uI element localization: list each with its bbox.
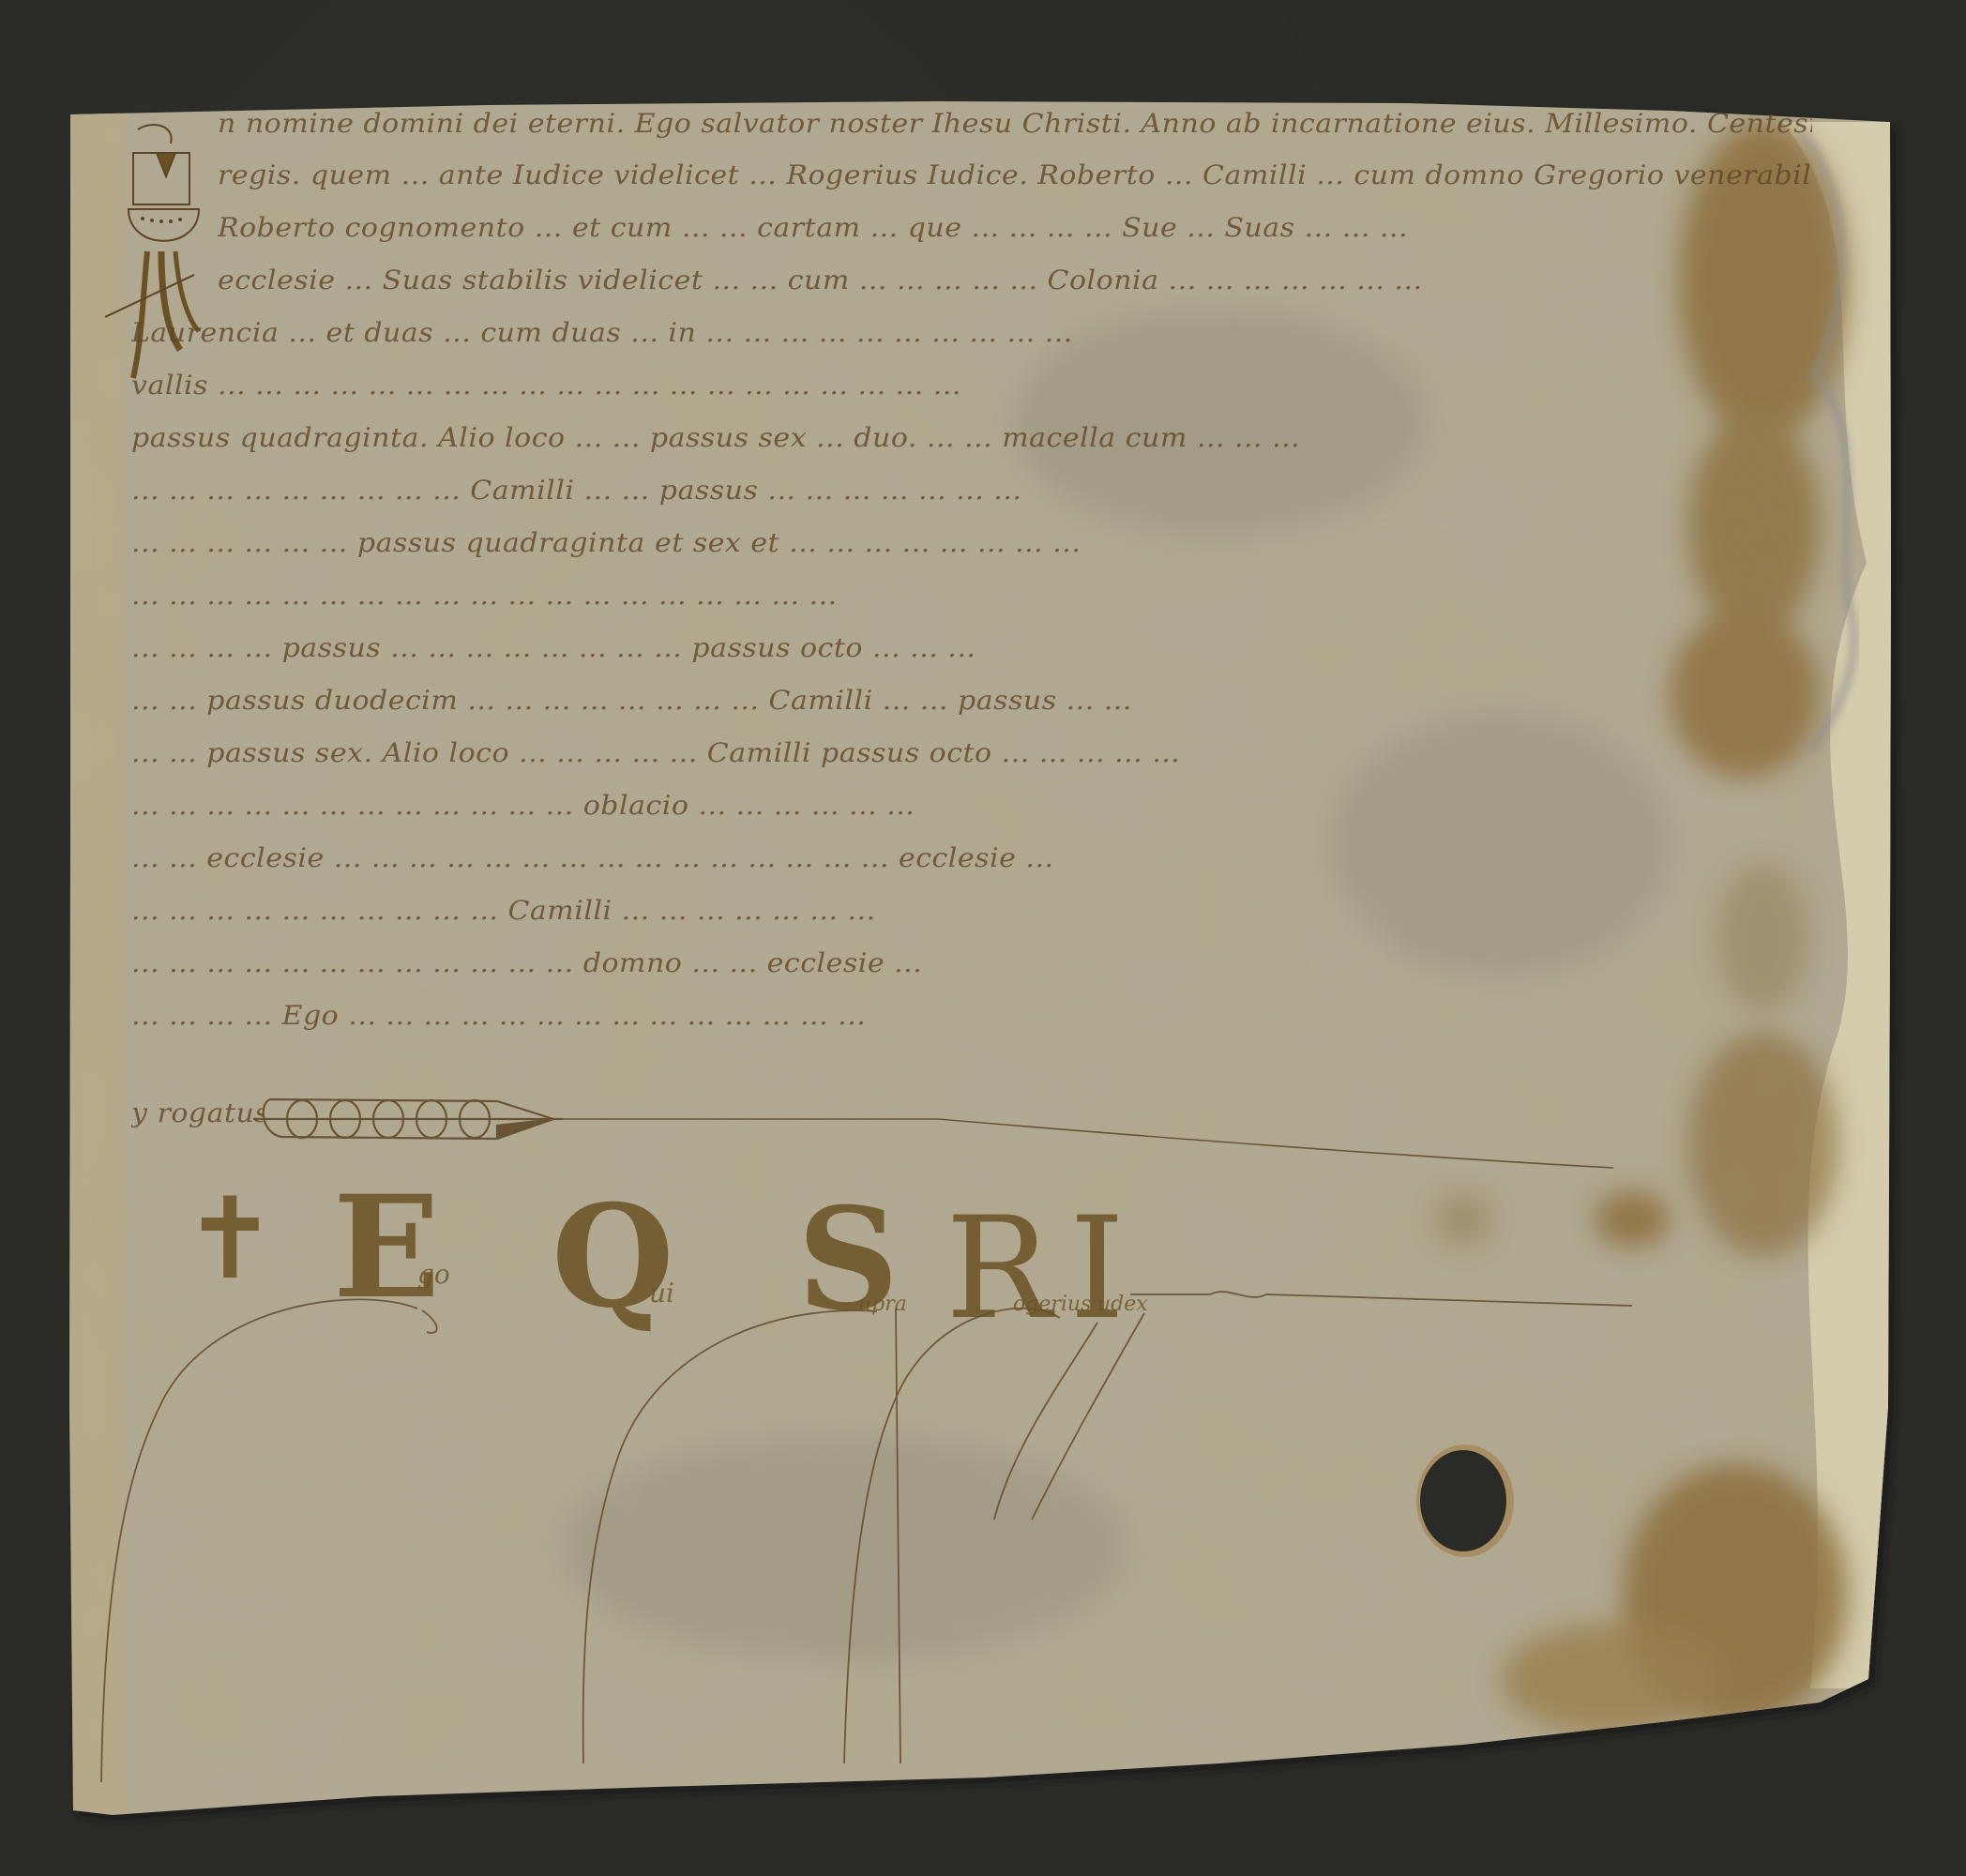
text-line-5: Laurencia ... et duas ... cum duas ... i…	[131, 318, 1810, 348]
text-line-7: passus quadraginta. Alio loco ... ... pa…	[131, 423, 1810, 453]
text-line-14: ... ... ... ... ... ... ... ... ... ... …	[131, 791, 1810, 821]
text-line-10: ... ... ... ... ... ... ... ... ... ... …	[131, 581, 1810, 611]
sig-rest-supra: upra	[858, 1294, 907, 1315]
text-line-4: ecclesie ... Suas stabilis videlicet ...…	[218, 265, 1812, 295]
text-line-11: ... ... ... ... passus ... ... ... ... .…	[131, 633, 1810, 663]
text-line-9: ... ... ... ... ... ... passus quadragin…	[131, 528, 1810, 558]
text-line-1: n nomine domini dei eterni. Ego salvator…	[218, 109, 1812, 139]
cross-mark: ✝	[183, 1184, 278, 1296]
sig-cap-iudex: I	[1069, 1199, 1125, 1339]
text-line-17: ... ... ... ... ... ... ... ... ... ... …	[131, 948, 1810, 978]
text-line-19: y rogatus	[131, 1098, 263, 1128]
sig-rest-qui: ui	[649, 1280, 674, 1307]
text-line-8: ... ... ... ... ... ... ... ... ... Cami…	[131, 476, 1810, 506]
text-line-3: Roberto cognomento ... et cum ... ... ca…	[218, 213, 1812, 243]
text-line-2: regis. quem ... ante Iudice videlicet ..…	[218, 160, 1812, 190]
sig-rest-iudex: udex	[1097, 1294, 1148, 1315]
text-line-15: ... ... ecclesie ... ... ... ... ... ...…	[131, 843, 1810, 873]
sig-cap-ego: E	[333, 1177, 440, 1318]
sig-cap-rogerius: R	[945, 1199, 1051, 1339]
text-line-6: vallis ... ... ... ... ... ... ... ... .…	[131, 371, 1810, 401]
text-line-18: ... ... ... ... Ego ... ... ... ... ... …	[131, 1001, 1810, 1031]
text-line-13: ... ... passus sex. Alio loco ... ... ..…	[131, 738, 1810, 768]
text-line-16: ... ... ... ... ... ... ... ... ... ... …	[131, 896, 1810, 926]
sig-rest-ego: go	[417, 1262, 450, 1288]
text-line-12: ... ... passus duodecim ... ... ... ... …	[131, 686, 1810, 716]
